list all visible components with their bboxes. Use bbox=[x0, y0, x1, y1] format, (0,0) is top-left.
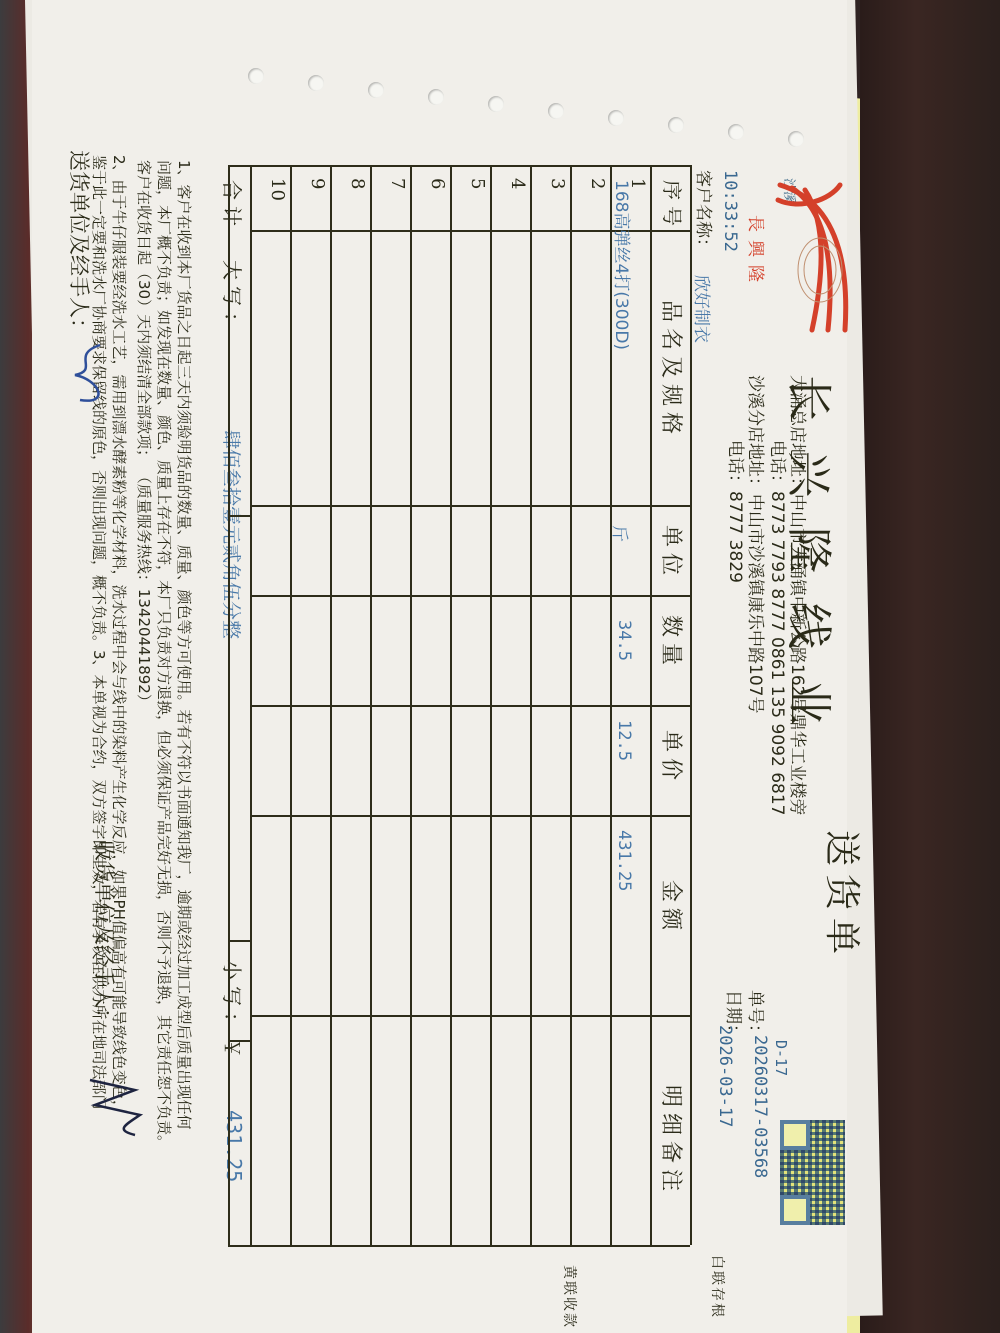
sprocket-hole bbox=[248, 68, 264, 84]
sender-signature-icon bbox=[60, 340, 120, 410]
customer-label: 客户名称： bbox=[693, 170, 718, 255]
sprocket-hole bbox=[788, 131, 804, 147]
sprocket-hole bbox=[668, 117, 684, 133]
terms-line-3: 客户在收货日起（30）天内须结清全部款项； （质量服务热线：1342044189… bbox=[134, 160, 155, 709]
order-number-label: 单号： bbox=[745, 990, 770, 1041]
document-code: D-17 bbox=[772, 1040, 790, 1076]
print-time: 10:33:52 bbox=[720, 170, 740, 252]
sprocket-hole bbox=[608, 110, 624, 126]
branch-phone: 电话：8777 3829 bbox=[725, 440, 750, 583]
hq-phone: 电话：8773 7793 8777 0861 135 9092 6817 bbox=[767, 440, 792, 815]
receiver-signature-icon bbox=[85, 1070, 155, 1140]
sprocket-hole bbox=[368, 82, 384, 98]
yellow-copy-label: 黄联收款 bbox=[560, 1265, 580, 1329]
sender-signature-label: 送货单位及经手人： bbox=[65, 150, 95, 339]
company-logo-icon bbox=[770, 180, 860, 340]
document-title: 送货单 bbox=[819, 830, 870, 962]
portrait-layer: 长兴隆线业送货单大涌总店地址：中山市大涌镇中新公路162号鼎华工业楼旁电话：87… bbox=[0, 0, 1000, 1333]
order-date: 2026-03-17 bbox=[715, 1025, 735, 1127]
brand-logo-text: 長興隆 bbox=[745, 215, 770, 290]
receiver-signature-label: 收货单位及经手人： bbox=[90, 840, 120, 1029]
customer-name: 欣好制衣 bbox=[691, 275, 716, 343]
sprocket-hole bbox=[428, 89, 444, 105]
sprocket-hole bbox=[308, 75, 324, 91]
terms-line-2: 问题，本厂概不负责；如发现在数量、颜色、质量上存在不符，本厂只负责对方退换，但必… bbox=[154, 160, 175, 1150]
sprocket-hole bbox=[488, 96, 504, 112]
order-number: 20260317-03568 bbox=[750, 1035, 770, 1178]
qr-code-icon bbox=[780, 1120, 845, 1225]
sprocket-hole bbox=[728, 124, 744, 140]
white-copy-label: 白联存根 bbox=[708, 1255, 728, 1319]
terms-line-1: 1、客户在收到本厂货品之日起三天内须验明货品的数量、质量、颜色等方可使用。若有不… bbox=[174, 160, 195, 1130]
sprocket-hole bbox=[548, 103, 564, 119]
